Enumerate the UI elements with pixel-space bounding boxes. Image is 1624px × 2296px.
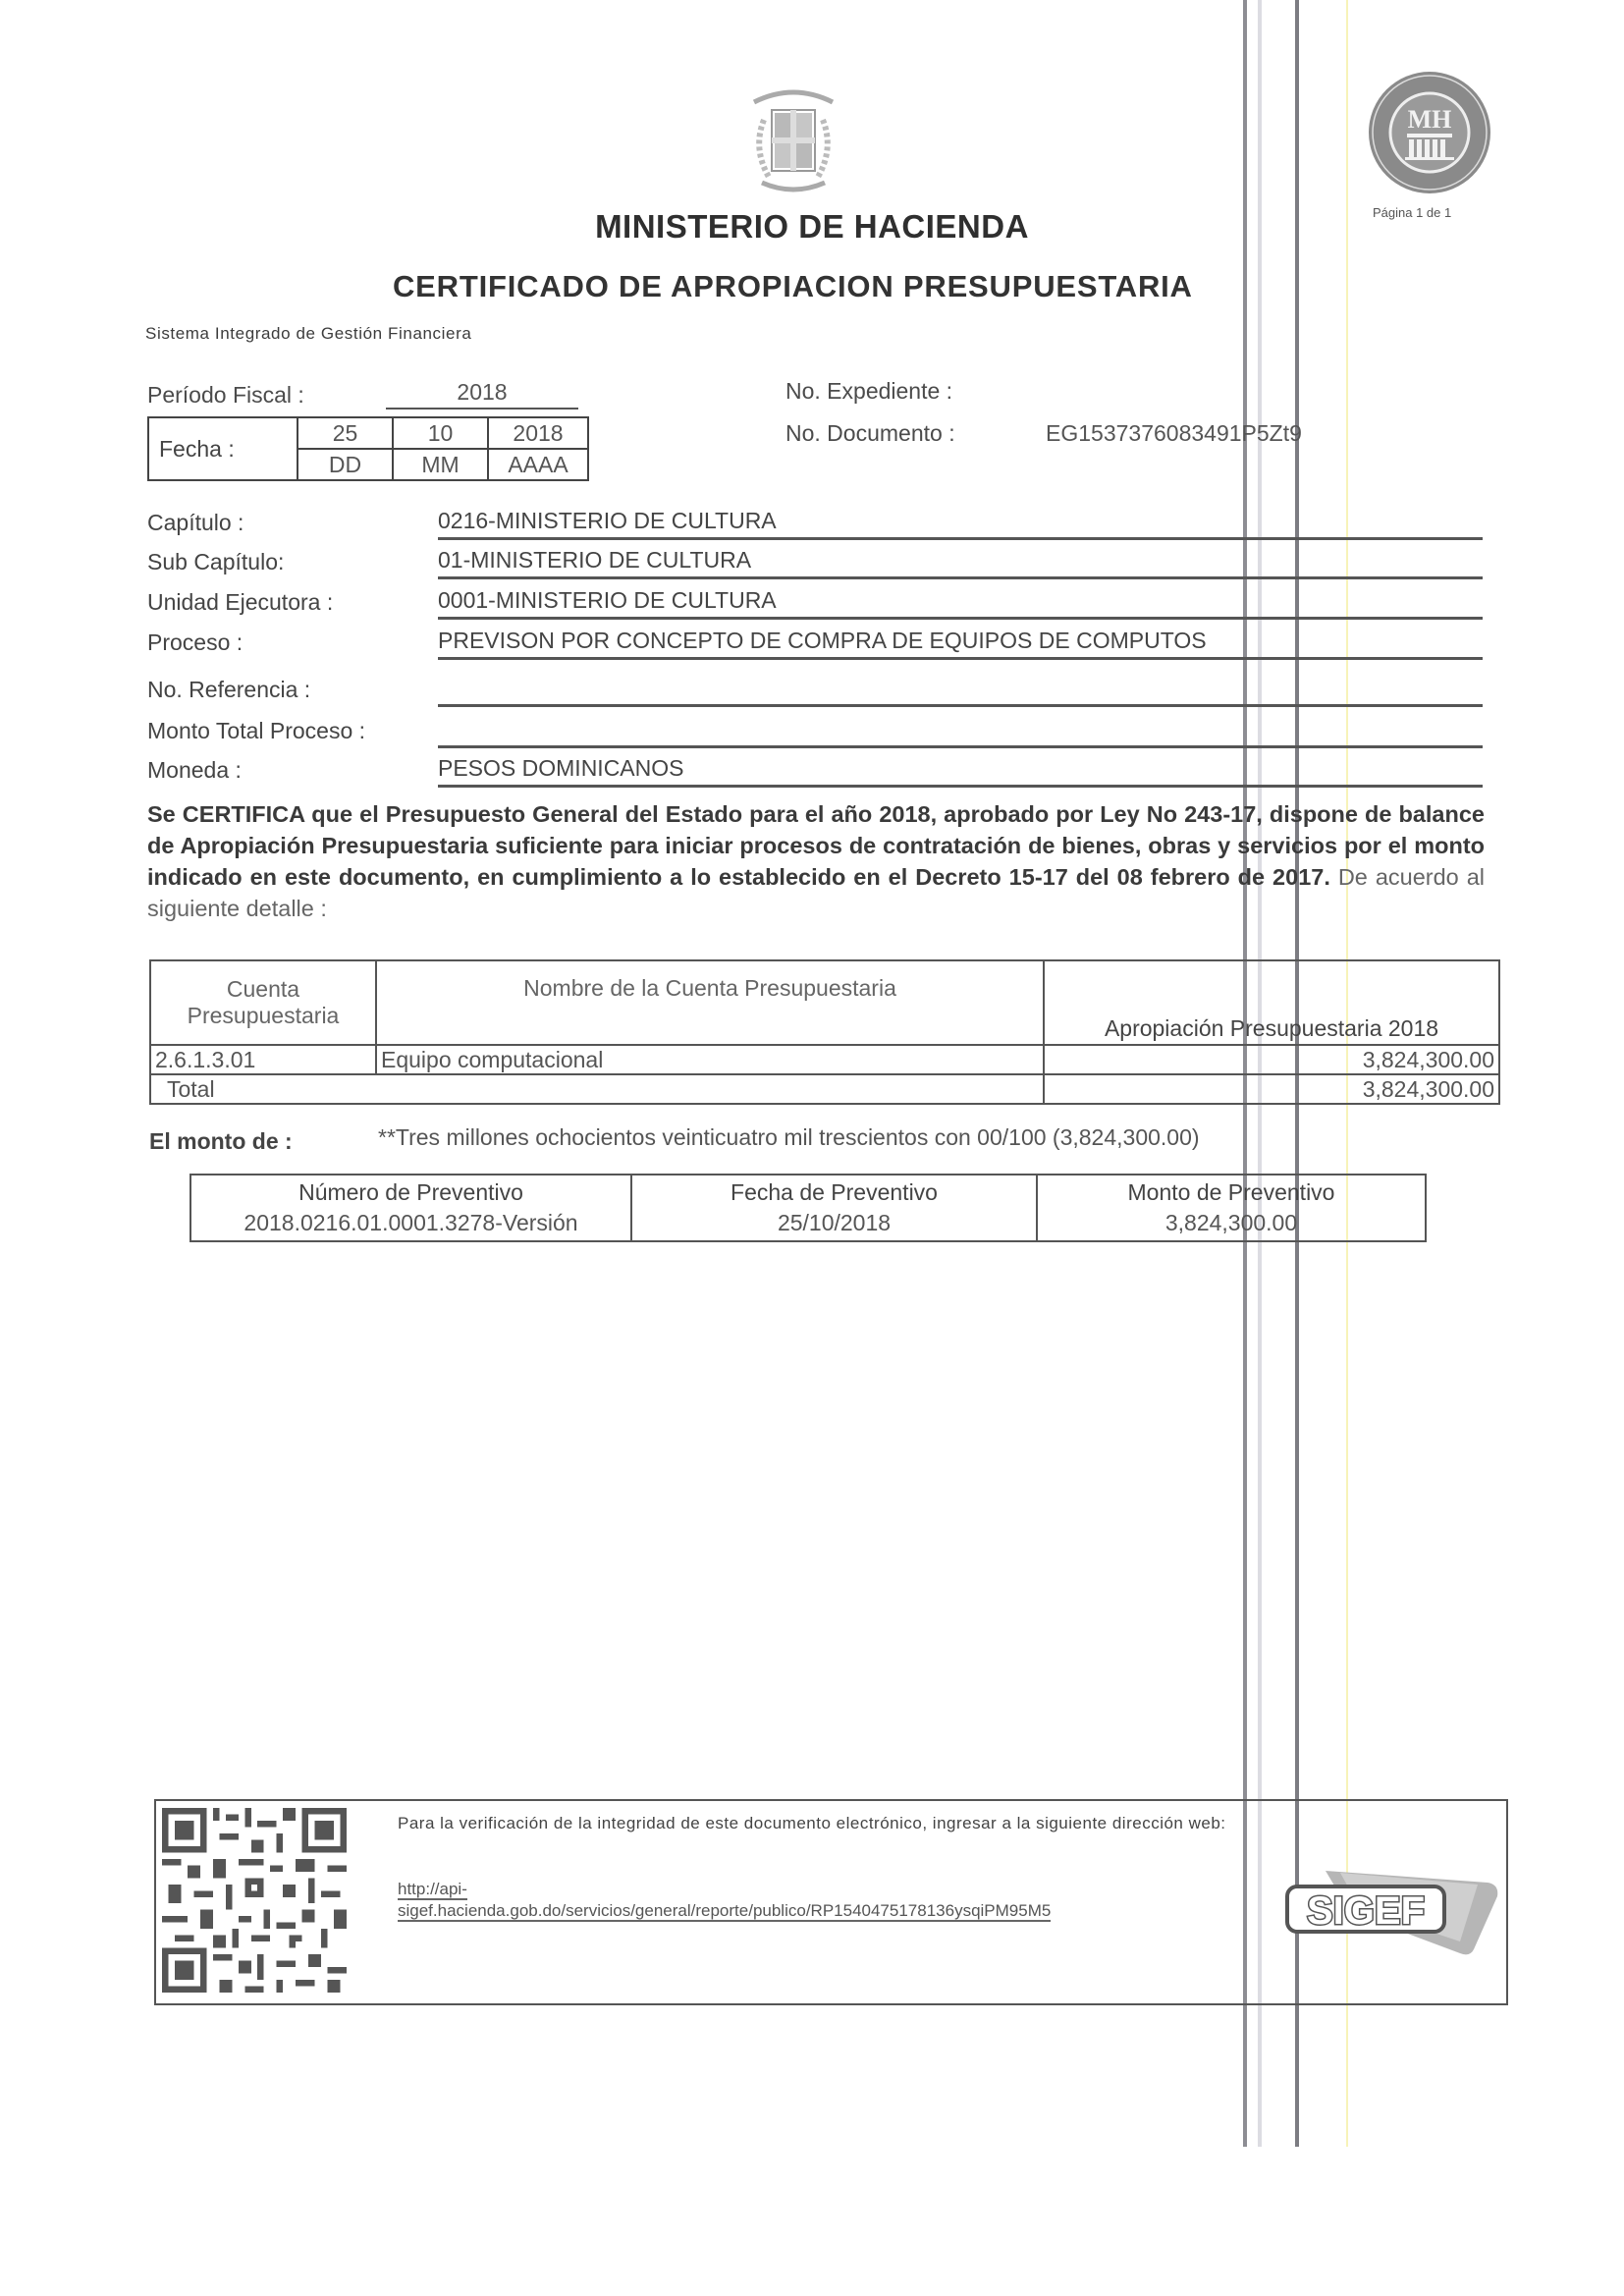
info-value <box>438 716 1483 748</box>
cuenta-cell: 2.6.1.3.01 <box>150 1045 376 1074</box>
info-row-monto-total: Monto Total Proceso : <box>147 709 1483 748</box>
url-line-2[interactable]: sigef.hacienda.gob.do/servicios/general/… <box>398 1901 1051 1922</box>
info-label: Proceso : <box>147 629 243 656</box>
info-value: 0216-MINISTERIO DE CULTURA <box>438 508 1483 540</box>
system-name: Sistema Integrado de Gestión Financiera <box>145 324 471 344</box>
total-value: 3,824,300.00 <box>1044 1074 1499 1104</box>
documento-value: EG1537376083491P5Zt9 <box>1046 420 1302 447</box>
info-row-referencia: No. Referencia : <box>147 668 1483 707</box>
amount-in-words: **Tres millones ochocientos veinticuatro… <box>378 1124 1200 1151</box>
info-value: 01-MINISTERIO DE CULTURA <box>438 547 1483 579</box>
info-label: Capítulo : <box>147 510 244 536</box>
info-label: No. Referencia : <box>147 677 310 703</box>
info-value <box>438 675 1483 707</box>
info-label: Sub Capítulo: <box>147 549 284 575</box>
header-fecha-preventivo: Fecha de Preventivo <box>631 1175 1037 1208</box>
svg-text:MH: MH <box>1408 105 1452 134</box>
fecha-preventivo: 25/10/2018 <box>631 1208 1037 1241</box>
documento-label: No. Documento : <box>785 420 955 447</box>
date-label: Fecha : <box>148 417 298 480</box>
expediente-label: No. Expediente : <box>785 378 952 405</box>
day-format-label: DD <box>298 449 393 480</box>
info-label: Unidad Ejecutora : <box>147 589 333 616</box>
qr-code-icon[interactable] <box>162 1808 347 1993</box>
info-row-proceso: Proceso : PREVISON POR CONCEPTO DE COMPR… <box>147 621 1483 660</box>
certificate-title: CERTIFICADO DE APROPIACION PRESUPUESTARI… <box>393 269 1193 304</box>
url-line-1[interactable]: http://api- <box>398 1880 467 1900</box>
total-row: Total 3,824,300.00 <box>150 1074 1499 1104</box>
table-row: 2.6.1.3.01 Equipo computacional 3,824,30… <box>150 1045 1499 1074</box>
info-value: PESOS DOMINICANOS <box>438 755 1483 788</box>
amount-label: El monto de : <box>149 1128 293 1155</box>
verification-text: Para la verificación de la integridad de… <box>398 1812 1262 1835</box>
svg-text:SIGEF: SIGEF <box>1307 1889 1425 1933</box>
year-format-label: AAAA <box>488 449 588 480</box>
info-value: 0001-MINISTERIO DE CULTURA <box>438 587 1483 620</box>
month-format-label: MM <box>393 449 488 480</box>
info-row-sub-capitulo: Sub Capítulo: 01-MINISTERIO DE CULTURA <box>147 540 1483 579</box>
verification-url[interactable]: http://api-sigef.hacienda.gob.do/servici… <box>398 1879 1203 1922</box>
info-row-unidad-ejecutora: Unidad Ejecutora : 0001-MINISTERIO DE CU… <box>147 580 1483 620</box>
nombre-cell: Equipo computacional <box>376 1045 1044 1074</box>
certification-text: Se CERTIFICA que el Presupuesto General … <box>147 798 1485 924</box>
fiscal-period-value: 2018 <box>386 379 578 410</box>
date-day: 25 <box>298 417 393 449</box>
page-number: Página 1 de 1 <box>1373 205 1451 220</box>
sigef-logo-icon: SIGEF <box>1281 1851 1507 1959</box>
info-label: Moneda : <box>147 757 242 784</box>
date-year: 2018 <box>488 417 588 449</box>
budget-table: Cuenta Presupuestaria Nombre de la Cuent… <box>149 959 1500 1105</box>
info-label: Monto Total Proceso : <box>147 718 365 744</box>
preventivo-table: Número de Preventivo Fecha de Preventivo… <box>189 1174 1427 1242</box>
date-month: 10 <box>393 417 488 449</box>
date-table: Fecha : 25 10 2018 DD MM AAAA <box>147 416 589 481</box>
info-value: PREVISON POR CONCEPTO DE COMPRA DE EQUIP… <box>438 628 1483 660</box>
header-monto-preventivo: Monto de Preventivo <box>1037 1175 1426 1208</box>
header-apropiacion: Apropiación Presupuestaria 2018 <box>1044 960 1499 1045</box>
monto-preventivo: 3,824,300.00 <box>1037 1208 1426 1241</box>
info-row-moneda: Moneda : PESOS DOMINICANOS <box>147 748 1483 788</box>
total-label: Total <box>150 1074 1044 1104</box>
coat-of-arms-icon <box>734 81 852 198</box>
header-nombre: Nombre de la Cuenta Presupuestaria <box>376 960 1044 1045</box>
numero-preventivo: 2018.0216.01.0001.3278-Versión <box>190 1208 631 1241</box>
fiscal-period-label: Período Fiscal : <box>147 382 304 409</box>
header-numero-preventivo: Número de Preventivo <box>190 1175 631 1208</box>
ministry-seal-icon: MH <box>1366 69 1493 196</box>
info-row-capitulo: Capítulo : 0216-MINISTERIO DE CULTURA <box>147 501 1483 540</box>
monto-cell: 3,824,300.00 <box>1044 1045 1499 1074</box>
header-cuenta: Cuenta Presupuestaria <box>150 960 376 1045</box>
